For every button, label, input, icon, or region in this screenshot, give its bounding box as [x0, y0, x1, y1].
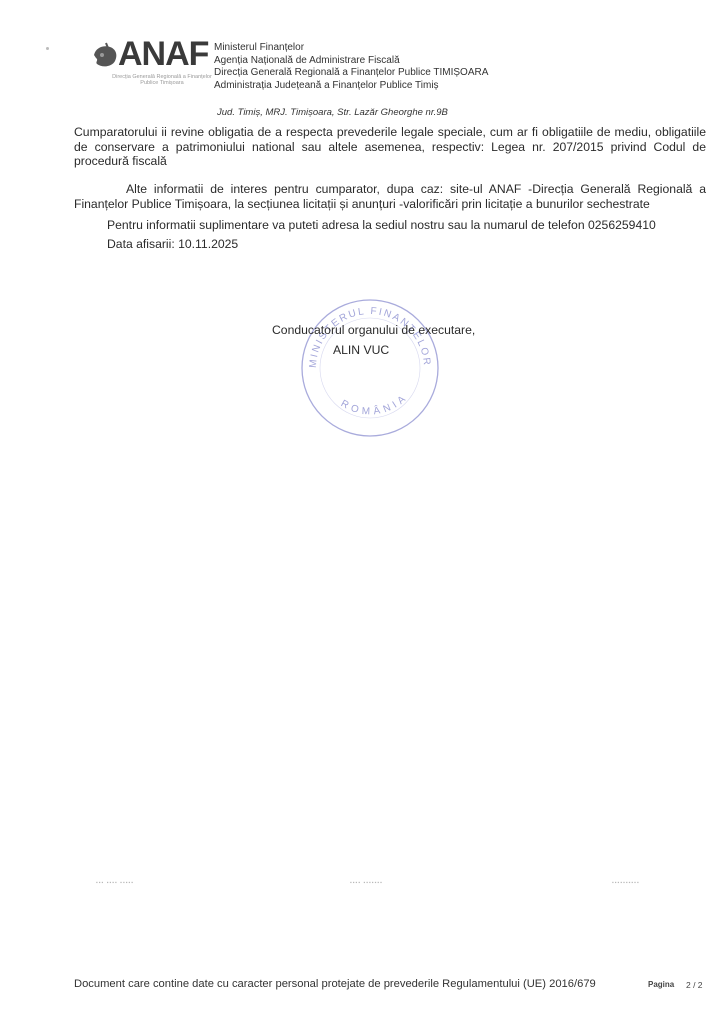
- faint-scan-artifact: ▪▪▪▪ ▪▪▪▪▪▪▪: [350, 880, 383, 886]
- logo-subtitle: Direcția Generală Regională a Finanțelor…: [112, 74, 212, 86]
- display-date: Data afisarii: 10.11.2025: [107, 237, 238, 252]
- institution-line: Direcția Generală Regională a Finanțelor…: [214, 67, 488, 80]
- signatory-title: Conducatorul organului de executare,: [272, 323, 475, 337]
- faint-scan-artifact: ▪▪▪▪▪▪▪▪▪▪: [612, 880, 640, 886]
- paragraph-other-info: Alte informatii de interes pentru cumpar…: [74, 182, 706, 211]
- paragraph-obligations: Cumparatorului ii revine obligatia de a …: [74, 125, 706, 169]
- gdpr-footer-notice: Document care contine date cu caracter p…: [74, 978, 596, 990]
- institution-line: Agenția Națională de Administrare Fiscal…: [214, 55, 488, 68]
- institution-header: Ministerul Finanțelor Agenția Națională …: [214, 42, 488, 92]
- svg-text:ROMÂNIA: ROMÂNIA: [339, 391, 411, 417]
- stamp-text-bottom: ROMÂNIA: [339, 391, 411, 417]
- page-label: Pagina: [648, 980, 674, 989]
- institution-line: Administrația Județeană a Finanțelor Pub…: [214, 80, 488, 93]
- faint-scan-artifact: ▪▪▪ ▪▪▪▪ ▪▪▪▪▪: [96, 880, 134, 886]
- paragraph-contact: Pentru informatii suplimentare va puteti…: [107, 218, 656, 233]
- institution-line: Ministerul Finanțelor: [214, 42, 488, 55]
- anaf-logo-text: ANAF: [118, 36, 208, 72]
- institution-address: Jud. Timiș, MRJ. Timișoara, Str. Lazăr G…: [217, 107, 448, 118]
- anaf-logo-emblem-icon: [90, 41, 120, 69]
- page-number: 2 / 2: [686, 980, 703, 990]
- signatory-name: ALIN VUC: [333, 343, 389, 357]
- official-stamp-icon: MINISTERUL FINANȚELOR ROMÂNIA: [296, 294, 444, 442]
- scan-speck: [46, 47, 49, 50]
